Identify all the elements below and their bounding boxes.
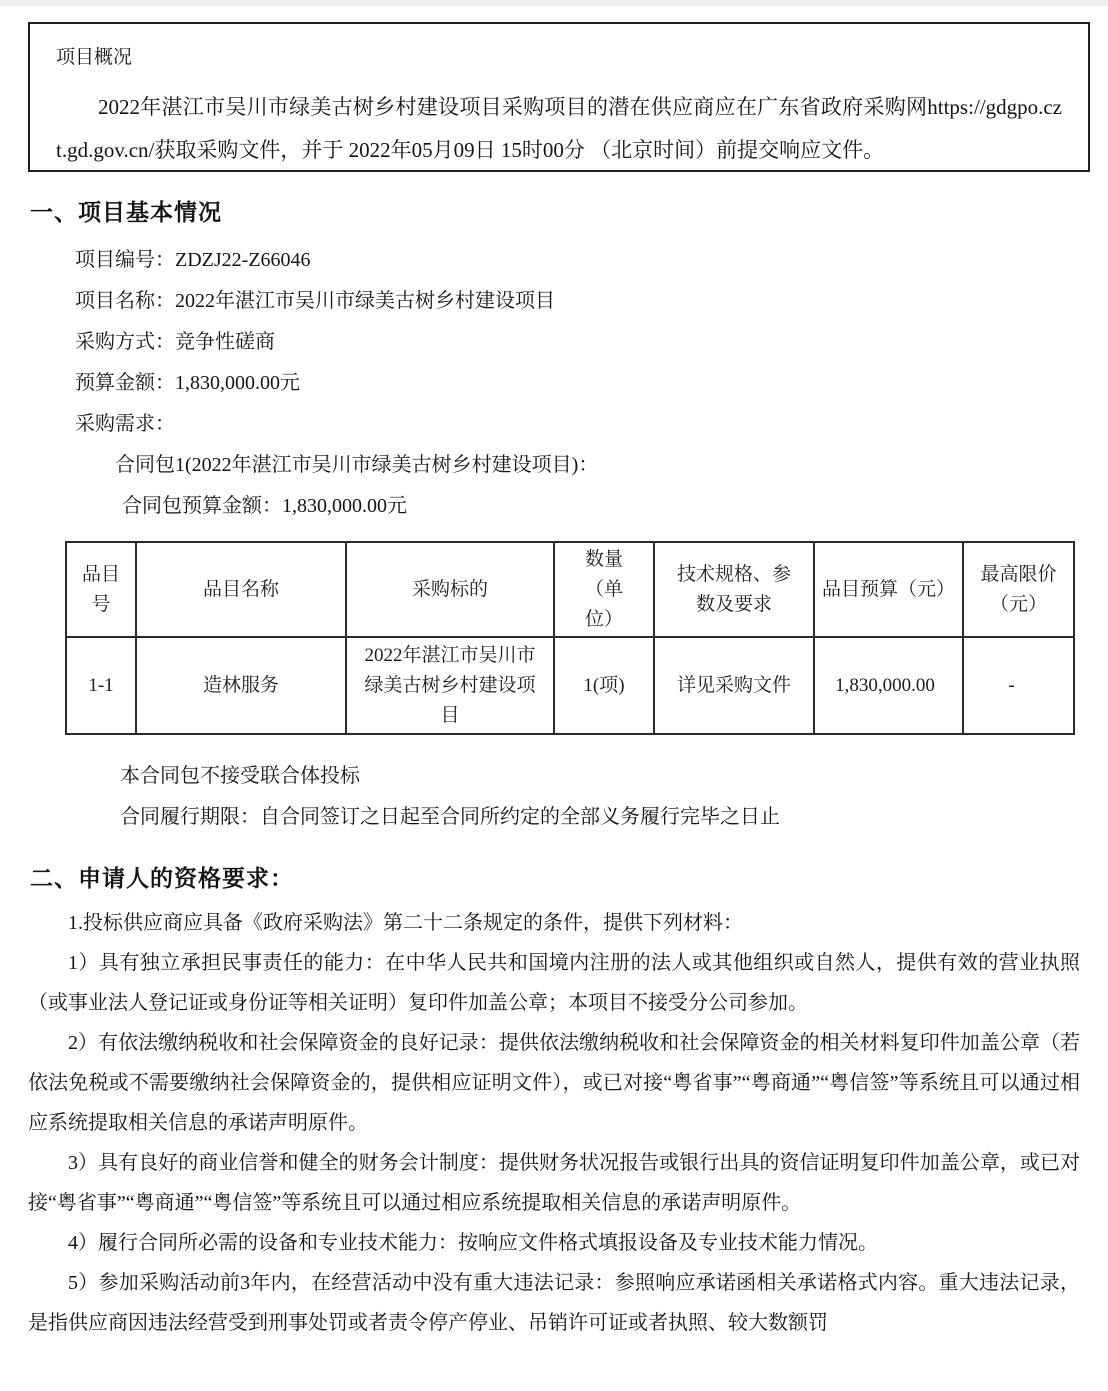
package-budget-label: 合同包预算金额： <box>122 495 282 517</box>
field-procurement-demand: 采购需求： <box>28 404 1080 445</box>
col-header-budget: 品目预算（元） <box>814 542 963 637</box>
basic-info-fields: 项目编号：ZDZJ22-Z66046 项目名称：2022年湛江市吴川市绿美古树乡… <box>28 240 1080 445</box>
col-header-quantity: 数量（单位） <box>554 542 654 637</box>
cell-item-no: 1-1 <box>66 637 136 734</box>
col-header-item-no: 品目号 <box>66 542 136 637</box>
procurement-announcement-document: { "overview": { "title": "项目概况", "body":… <box>0 0 1108 1391</box>
cell-target: 2022年湛江市吴川市绿美古树乡村建设项目 <box>346 637 554 734</box>
section-1-heading: 一、项目基本情况 <box>30 198 1080 228</box>
page-top-edge <box>0 0 1108 6</box>
field-value: 2022年湛江市吴川市绿美古树乡村建设项目 <box>175 290 555 312</box>
cell-spec: 详见采购文件 <box>654 637 814 734</box>
package-budget-value: 1,830,000.00元 <box>282 495 407 517</box>
field-procurement-method: 采购方式：竞争性磋商 <box>28 322 1080 363</box>
col-header-max-price: 最高限价（元） <box>963 542 1074 637</box>
field-value: 竞争性磋商 <box>175 331 275 353</box>
field-label: 项目名称： <box>75 290 175 312</box>
cell-quantity: 1(项) <box>554 637 654 734</box>
col-header-spec: 技术规格、参数及要求 <box>654 542 814 637</box>
field-label: 采购需求： <box>75 413 175 435</box>
qualification-item-1: 1）具有独立承担民事责任的能力：在中华人民共和国境内注册的法人或其他组织或自然人… <box>28 943 1080 1023</box>
col-header-target: 采购标的 <box>346 542 554 637</box>
field-label: 预算金额： <box>75 372 175 394</box>
field-value: ZDZJ22-Z66046 <box>175 249 311 271</box>
col-header-item-name: 品目名称 <box>136 542 346 637</box>
overview-body-text: 2022年湛江市吴川市绿美古树乡村建设项目采购项目的潜在供应商应在广东省政府采购… <box>56 86 1062 172</box>
package-budget-line: 合同包预算金额：1,830,000.00元 <box>28 486 1080 527</box>
contract-package-line: 合同包1(2022年湛江市吴川市绿美古树乡村建设项目)： <box>28 445 1080 486</box>
project-overview-box: 项目概况 2022年湛江市吴川市绿美古树乡村建设项目采购项目的潜在供应商应在广东… <box>28 22 1090 172</box>
field-label: 采购方式： <box>75 331 175 353</box>
field-project-number: 项目编号：ZDZJ22-Z66046 <box>28 240 1080 281</box>
procurement-items-table: 品目号 品目名称 采购标的 数量（单位） 技术规格、参数及要求 品目预算（元） … <box>65 541 1075 735</box>
document-body: 一、项目基本情况 项目编号：ZDZJ22-Z66046 项目名称：2022年湛江… <box>28 198 1080 1343</box>
field-value: 1,830,000.00元 <box>175 372 300 394</box>
field-project-name: 项目名称：2022年湛江市吴川市绿美古树乡村建设项目 <box>28 281 1080 322</box>
qualification-item-5: 5）参加采购活动前3年内，在经营活动中没有重大违法记录：参照响应承诺函相关承诺格… <box>28 1263 1080 1343</box>
section-2-heading: 二、申请人的资格要求： <box>30 864 1080 894</box>
table-row: 1-1 造林服务 2022年湛江市吴川市绿美古树乡村建设项目 1(项) 详见采购… <box>66 637 1074 734</box>
qualification-item-4: 4）履行合同所必需的设备和专业技术能力：按响应文件格式填报设备及专业技术能力情况… <box>28 1223 1080 1263</box>
qualification-paragraphs: 1.投标供应商应具备《政府采购法》第二十二条规定的条件，提供下列材料： 1）具有… <box>28 903 1080 1343</box>
field-budget-amount: 预算金额：1,830,000.00元 <box>28 363 1080 404</box>
cell-item-name: 造林服务 <box>136 637 346 734</box>
qualification-item-3: 3）具有良好的商业信誉和健全的财务会计制度：提供财务状况报告或银行出具的资信证明… <box>28 1143 1080 1223</box>
note-no-consortium: 本合同包不接受联合体投标 <box>28 756 1080 797</box>
overview-title: 项目概况 <box>56 46 1062 70</box>
note-contract-period: 合同履行期限：自合同签订之日起至合同所约定的全部义务履行完毕之日止 <box>28 797 1080 838</box>
cell-max-price: - <box>963 637 1074 734</box>
table-header-row: 品目号 品目名称 采购标的 数量（单位） 技术规格、参数及要求 品目预算（元） … <box>66 542 1074 637</box>
cell-budget: 1,830,000.00 <box>814 637 963 734</box>
qualification-intro: 1.投标供应商应具备《政府采购法》第二十二条规定的条件，提供下列材料： <box>28 903 1080 943</box>
contract-notes: 本合同包不接受联合体投标 合同履行期限：自合同签订之日起至合同所约定的全部义务履… <box>28 756 1080 838</box>
qualification-item-2: 2）有依法缴纳税收和社会保障资金的良好记录：提供依法缴纳税收和社会保障资金的相关… <box>28 1023 1080 1143</box>
field-label: 项目编号： <box>75 249 175 271</box>
